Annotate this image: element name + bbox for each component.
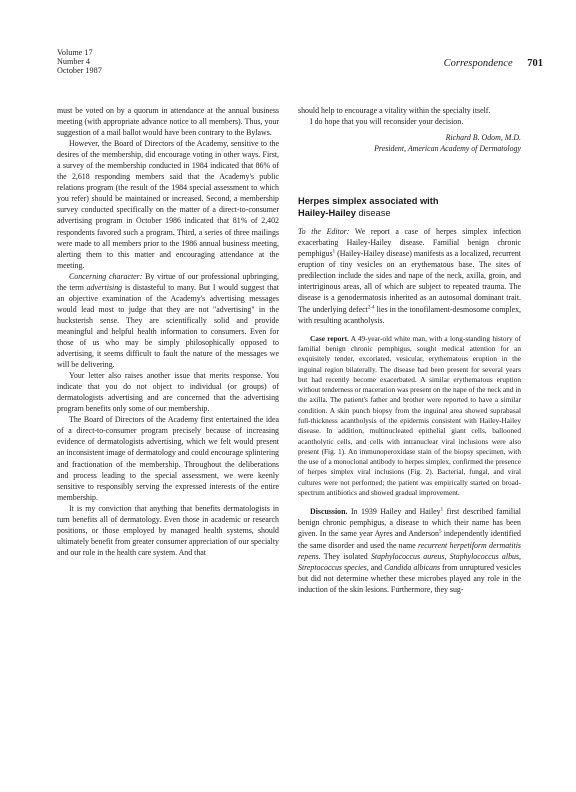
paragraph: Your letter also raises another issue th… — [57, 370, 279, 414]
paragraph: Case report. A 49-year-old white man, wi… — [298, 334, 521, 499]
paragraph: The Board of Directors of the Academy fi… — [57, 414, 279, 502]
paragraph: To the Editor: We report a case of herpe… — [298, 226, 521, 325]
paragraph: I do hope that you will reconsider your … — [298, 116, 521, 127]
running-header-left: Volume 17 Number 4 October 1987 — [57, 48, 102, 75]
signature-name: Richard B. Odom, M.D. — [298, 132, 521, 143]
right-column: should help to encourage a vitality with… — [298, 105, 521, 595]
signature-title: President, American Academy of Dermatolo… — [298, 143, 521, 154]
paragraph: should help to encourage a vitality with… — [298, 105, 521, 116]
paragraph-lead: Case report. — [310, 334, 349, 343]
section-title: Correspondence — [444, 58, 513, 69]
issue-number-label: Number 4 — [57, 57, 102, 66]
signature-block: Richard B. Odom, M.D. President, America… — [298, 132, 521, 154]
paragraph: Concerning character: By virtue of our p… — [57, 271, 279, 370]
paragraph: However, the Board of Directors of the A… — [57, 138, 279, 271]
paragraph: It is my conviction that anything that b… — [57, 503, 279, 558]
article-title: Herpes simplex associated with Hailey-Ha… — [298, 196, 521, 219]
paragraph-lead: Concerning character: — [69, 272, 142, 281]
paragraph-lead: To the Editor: — [298, 227, 349, 236]
volume-label: Volume 17 — [57, 48, 102, 57]
paragraph: must be voted on by a quorum in attendan… — [57, 105, 279, 138]
left-column: must be voted on by a quorum in attendan… — [57, 105, 279, 558]
paragraph-lead: Discussion. — [310, 507, 348, 516]
running-header-right: Correspondence 701 — [444, 58, 543, 69]
issue-date-label: October 1987 — [57, 66, 102, 75]
paragraph: Discussion. In 1939 Hailey and Hailey1 f… — [298, 506, 521, 594]
page-number: 701 — [527, 58, 543, 69]
citation: 2-4 — [368, 305, 375, 310]
